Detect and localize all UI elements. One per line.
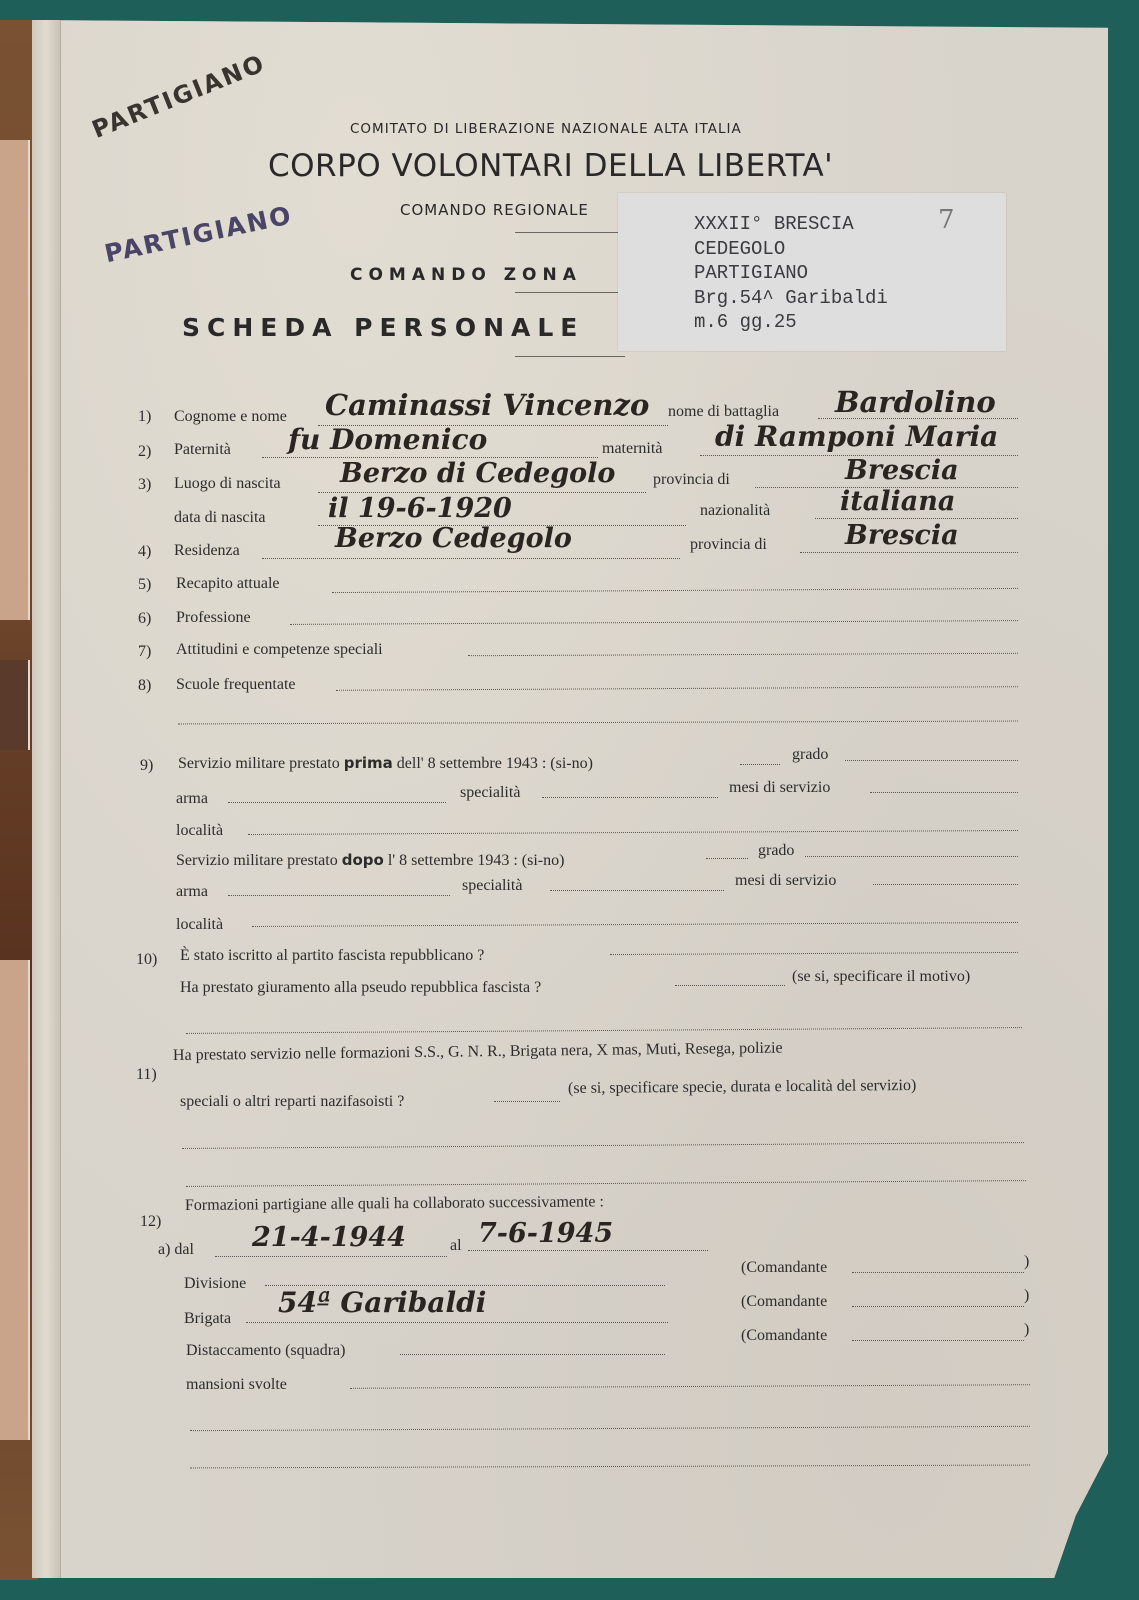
regional-command-label: COMANDO REGIONALE xyxy=(400,201,589,219)
military-after-yesno-field[interactable] xyxy=(706,858,748,859)
committee-header: COMITATO DI LIBERAZIONE NAZIONALE ALTA I… xyxy=(350,121,742,137)
residence-province-label: provincia di xyxy=(690,536,767,554)
paren-close: ) xyxy=(1024,1253,1029,1271)
zone-command-line xyxy=(515,292,618,293)
military-after-prefix: Servizio militare prestato xyxy=(176,852,338,869)
nazifascist-field[interactable] xyxy=(494,1101,560,1102)
arm-before-field[interactable] xyxy=(228,802,446,803)
birth-province-value: Brescia xyxy=(845,455,959,486)
form-title-line xyxy=(515,356,625,357)
partisan-formations-label: Formazioni partigiane alle quali ha coll… xyxy=(185,1193,604,1215)
fascist-party-question: È stato iscritto al partito fascista rep… xyxy=(180,947,484,965)
surname-name-value: Caminassi Vincenzo xyxy=(325,388,649,422)
birthplace-label: Luogo di nascita xyxy=(174,475,281,493)
specialty-before-field[interactable] xyxy=(542,797,718,798)
schools-label: Scuole frequentate xyxy=(176,676,296,694)
military-before-yesno-field[interactable] xyxy=(740,764,780,765)
birth-date-label: data di nascita xyxy=(174,509,266,527)
military-before-suffix: dell' 8 settembre 1943 : (si-no) xyxy=(397,755,593,772)
field-number: 8) xyxy=(138,677,151,695)
paternity-label: Paternità xyxy=(174,441,231,459)
detachment-field[interactable] xyxy=(400,1354,665,1355)
nazifascist-question-cont: speciali o altri reparti nazifasoisti ? xyxy=(180,1093,404,1111)
location-before-label: località xyxy=(176,822,223,840)
brigade-commander-field[interactable] xyxy=(852,1306,1024,1307)
nazifascist-note: (se si, specificare specie, durata e loc… xyxy=(568,1077,916,1098)
oath-question: Ha prestato giuramento alla pseudo repub… xyxy=(180,979,541,997)
birthplace-value: Berzo di Cedegolo xyxy=(340,458,615,489)
surname-name-label: Cognome e nome xyxy=(174,408,287,426)
field-number: 3) xyxy=(138,476,151,494)
field-number: 5) xyxy=(138,576,151,594)
birth-province-label: provincia di xyxy=(653,471,730,489)
paren-close: ) xyxy=(1024,1287,1029,1305)
military-after-label: Servizio militare prestato dopo l' 8 set… xyxy=(176,851,564,870)
brigade-commander-label: (Comandante xyxy=(741,1293,827,1311)
nationality-field[interactable] xyxy=(815,518,1018,519)
profession-label: Professione xyxy=(176,609,251,627)
detachment-commander-label: (Comandante xyxy=(741,1327,827,1345)
duties-label: mansioni svolte xyxy=(186,1376,287,1394)
battle-name-label: nome di battaglia xyxy=(668,403,779,421)
months-before-label: mesi di servizio xyxy=(729,779,830,797)
pencil-mark: 7 xyxy=(938,205,955,235)
field-number: 2) xyxy=(138,443,151,461)
arm-before-label: arma xyxy=(176,790,208,808)
field-number: 9) xyxy=(140,757,153,775)
oath-note: (se si, specificare il motivo) xyxy=(792,968,970,986)
specialty-after-field[interactable] xyxy=(550,890,724,891)
arm-after-label: arma xyxy=(176,883,208,901)
regional-command-line xyxy=(515,232,618,233)
brigade-label: Brigata xyxy=(184,1310,231,1328)
from-date-label: a) dal xyxy=(158,1241,194,1259)
rank-before-field[interactable] xyxy=(845,760,1018,761)
current-address-label: Recapito attuale xyxy=(176,575,280,593)
division-commander-field[interactable] xyxy=(852,1272,1024,1273)
oath-field[interactable] xyxy=(675,985,785,986)
residence-field[interactable] xyxy=(262,558,680,559)
military-before-bold: prima xyxy=(344,754,393,772)
field-number: 7) xyxy=(138,643,151,661)
birth-date-value: il 19-6-1920 xyxy=(328,493,512,524)
rank-before-label: grado xyxy=(792,746,828,764)
from-date-field[interactable] xyxy=(215,1256,447,1257)
arm-after-field[interactable] xyxy=(228,895,450,896)
maternity-value: di Ramponi Maria xyxy=(715,420,998,453)
specialty-before-label: specialità xyxy=(460,784,520,802)
rank-after-field[interactable] xyxy=(805,856,1018,857)
to-date-value: 7-6-1945 xyxy=(478,1218,613,1249)
residence-province-value: Brescia xyxy=(845,520,959,551)
residence-province-field[interactable] xyxy=(800,552,1018,553)
location-after-label: località xyxy=(176,916,223,934)
detachment-label: Distaccamento (squadra) xyxy=(186,1342,345,1360)
detachment-commander-field[interactable] xyxy=(852,1340,1024,1341)
folder-edge xyxy=(0,960,30,1440)
document-spine xyxy=(32,20,61,1578)
paternity-value: fu Domenico xyxy=(288,423,487,456)
field-number: 12) xyxy=(140,1213,161,1231)
brigade-value: 54ª Garibaldi xyxy=(278,1286,486,1319)
zone-command-label: COMANDO ZONA xyxy=(350,265,582,285)
form-title: SCHEDA PERSONALE xyxy=(182,313,584,342)
field-number: 4) xyxy=(138,543,151,561)
military-before-label: Servizio militare prestato prima dell' 8… xyxy=(178,754,593,773)
typed-label-slip: XXXII° BRESCIA CEDEGOLO PARTIGIANO Brg.5… xyxy=(618,193,1006,351)
slip-line-3: PARTIGIANO xyxy=(694,262,808,284)
slip-line-1: XXXII° BRESCIA xyxy=(694,213,854,235)
rank-after-label: grado xyxy=(758,842,794,860)
slip-line-2: CEDEGOLO xyxy=(694,238,785,260)
military-after-bold: dopo xyxy=(342,851,384,869)
months-after-field[interactable] xyxy=(873,884,1018,885)
to-date-label: al xyxy=(450,1237,462,1255)
folder-edge xyxy=(0,140,30,620)
field-number: 11) xyxy=(136,1066,157,1084)
military-before-prefix: Servizio militare prestato xyxy=(178,755,340,772)
months-after-label: mesi di servizio xyxy=(735,872,836,890)
document-title: CORPO VOLONTARI DELLA LIBERTA' xyxy=(268,148,833,184)
folder-edge xyxy=(0,660,30,750)
special-skills-label: Attitudini e competenze speciali xyxy=(176,641,383,659)
slip-line-5: m.6 gg.25 xyxy=(694,311,797,333)
slip-line-4: Brg.54^ Garibaldi xyxy=(694,287,888,309)
paren-close: ) xyxy=(1024,1321,1029,1339)
months-before-field[interactable] xyxy=(870,792,1018,793)
specialty-after-label: specialità xyxy=(462,877,522,895)
nationality-label: nazionalità xyxy=(700,502,770,520)
residence-label: Residenza xyxy=(174,542,240,560)
nationality-value: italiana xyxy=(840,486,955,517)
military-after-suffix: l' 8 settembre 1943 : (si-no) xyxy=(388,852,565,869)
battle-name-value: Bardolino xyxy=(835,385,996,419)
division-label: Divisione xyxy=(184,1275,246,1293)
division-commander-label: (Comandante xyxy=(741,1259,827,1277)
field-number: 6) xyxy=(138,610,151,628)
to-date-field[interactable] xyxy=(468,1250,708,1251)
brigade-field[interactable] xyxy=(246,1322,668,1323)
residence-value: Berzo Cedegolo xyxy=(335,523,572,554)
field-number: 10) xyxy=(136,951,157,969)
maternity-label: maternità xyxy=(602,440,662,458)
field-number: 1) xyxy=(138,408,151,426)
from-date-value: 21-4-1944 xyxy=(252,1222,406,1253)
